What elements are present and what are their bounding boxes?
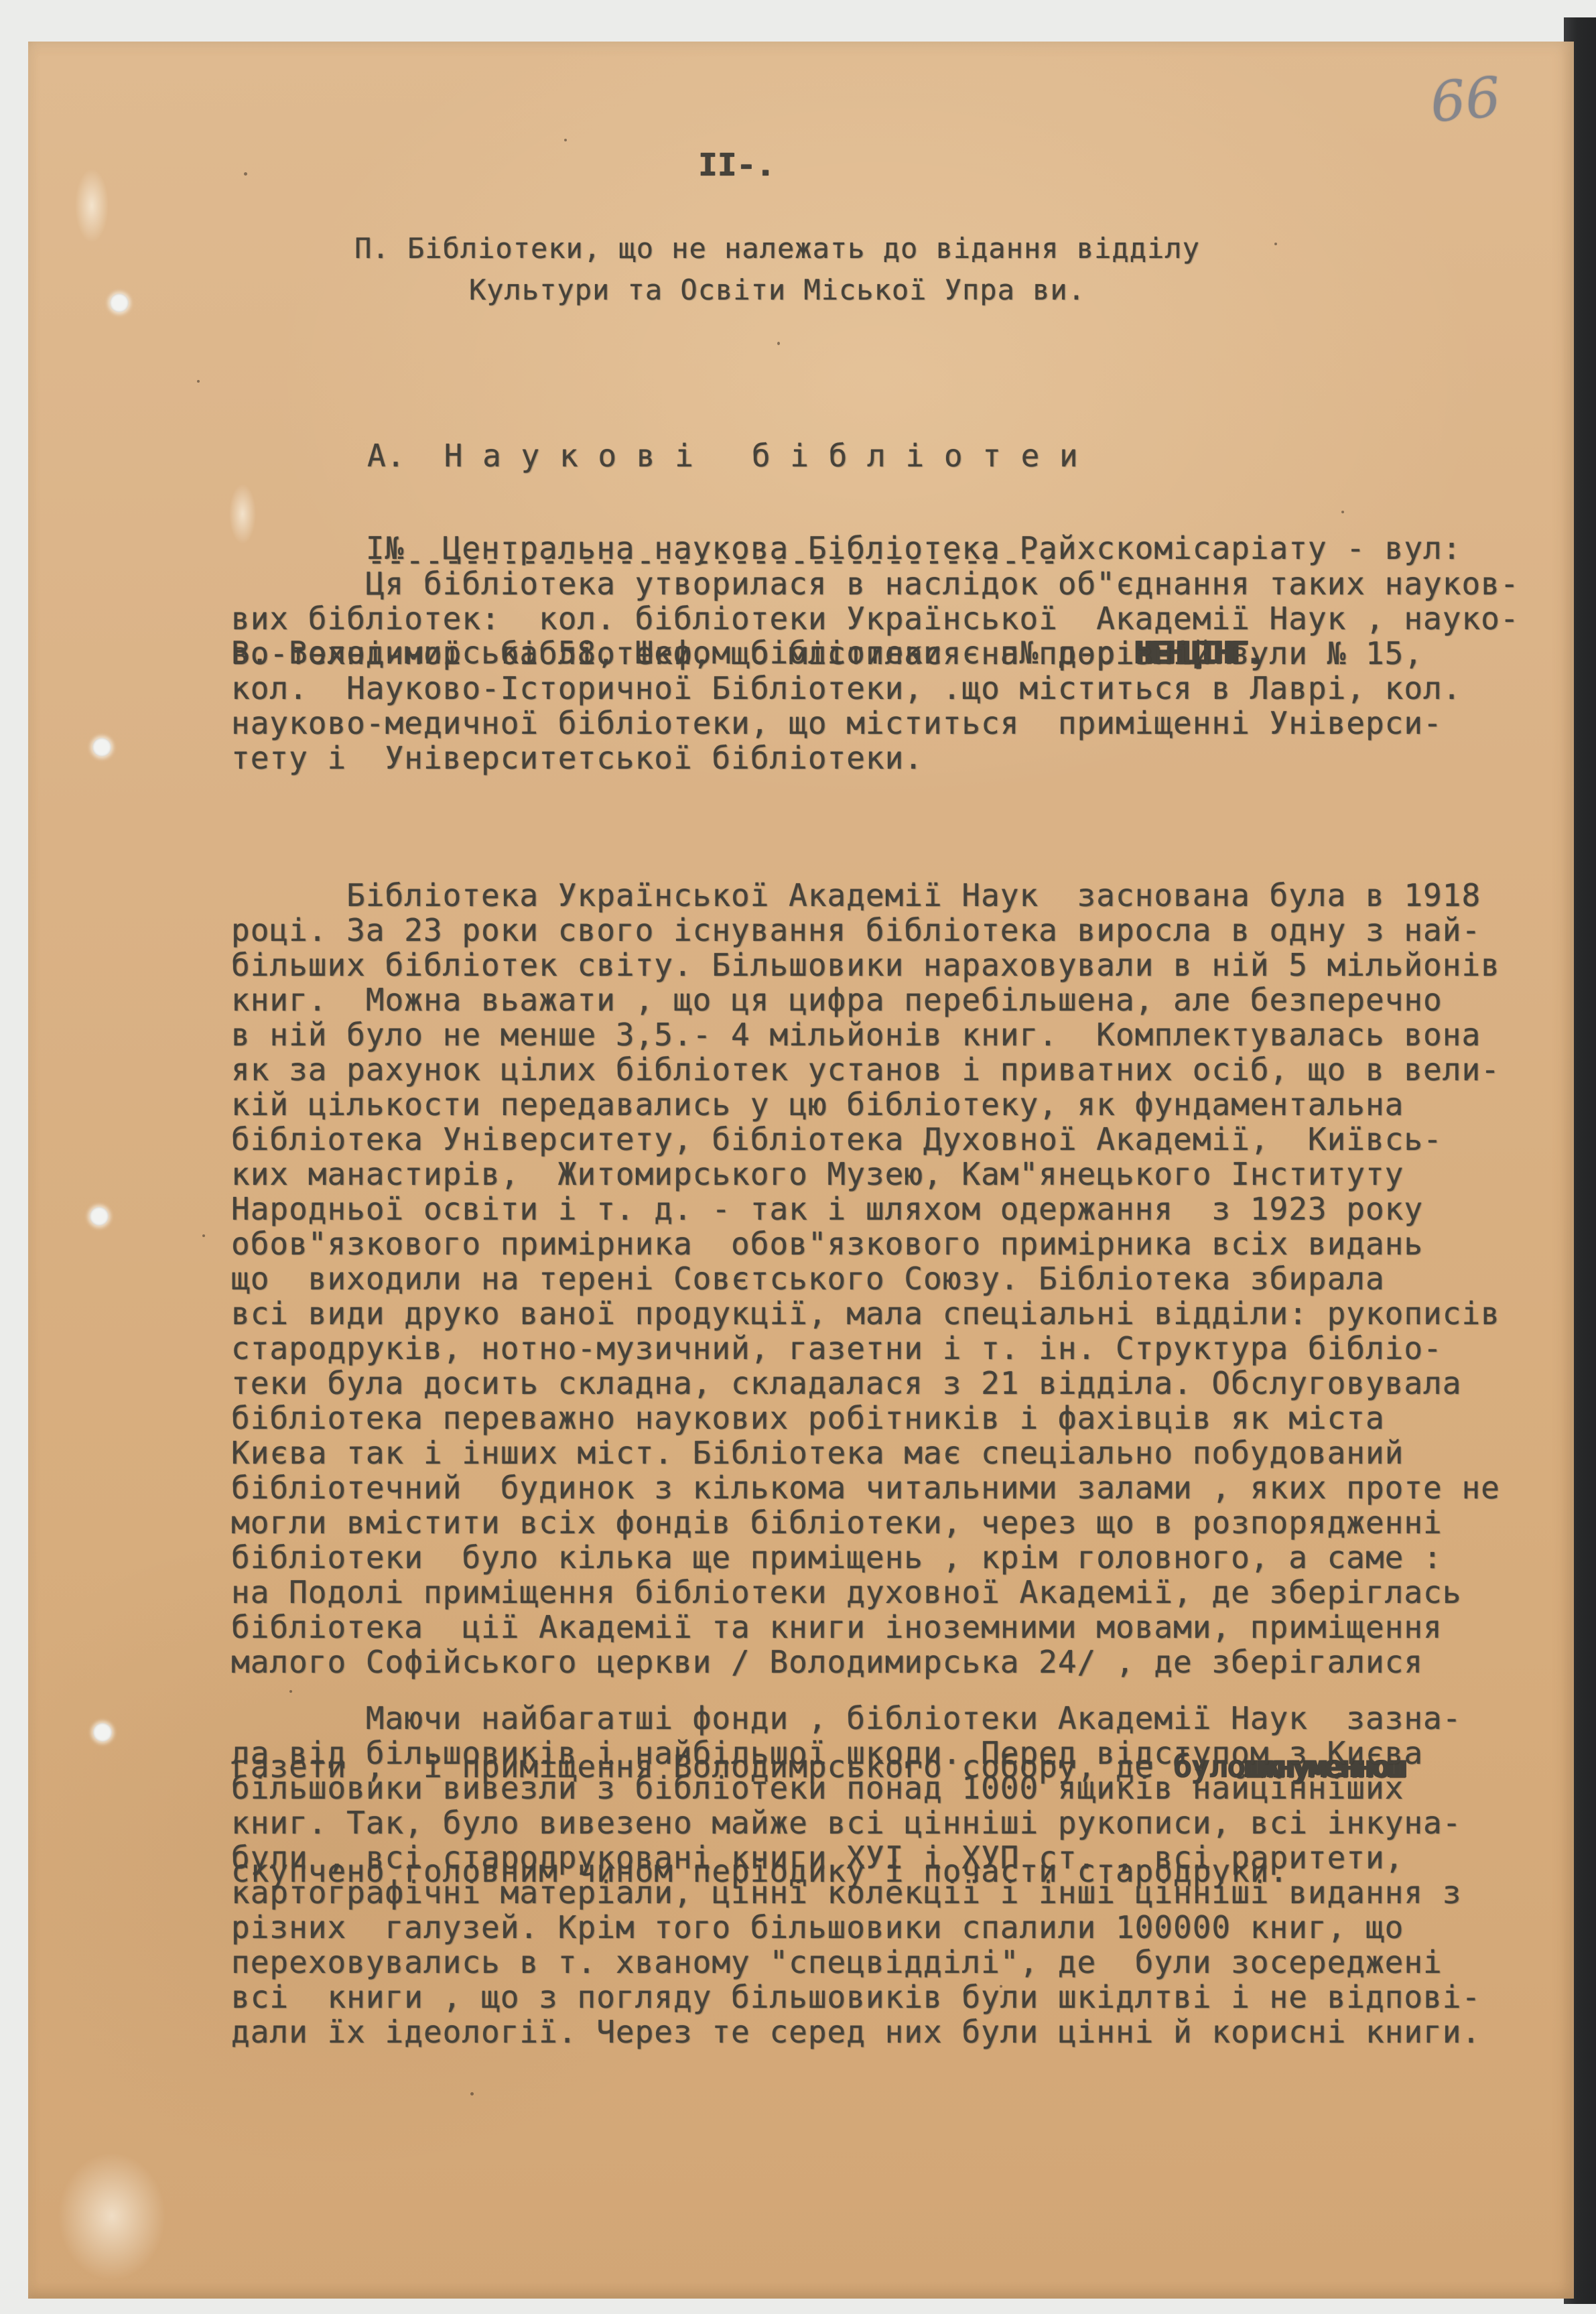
paper-sheet: 66 ІІ-. П. Бібліотеки, що не належать до… [28, 42, 1574, 2299]
paper-crease-mark [75, 169, 109, 243]
handwritten-page-number: 66 [1428, 66, 1503, 135]
punch-hole-1 [110, 294, 129, 312]
paragraph-3-main: Бібліотека Української Академії Наук зас… [231, 878, 1500, 1679]
punch-hole-3 [90, 1207, 109, 1226]
paper-crease-mark [58, 2152, 165, 2280]
paragraph-1-line-1: І№ Центральна наукова Бібліотека Райхско… [231, 531, 1461, 566]
punch-hole-4 [93, 1723, 112, 1742]
document-heading: П. Бібліотеки, що не належать до відання… [231, 228, 1323, 311]
scan-background: 66 ІІ-. П. Бібліотеки, що не належать до… [0, 0, 1596, 2314]
top-page-mark: ІІ-. [698, 147, 775, 182]
paragraph-2: Ця бібліотека утворилася в наслідок об"є… [231, 566, 1520, 775]
punch-hole-2 [92, 738, 111, 757]
paragraph-4: Маючи найбагатші фонди , бібліотеки Акад… [231, 1701, 1481, 2049]
